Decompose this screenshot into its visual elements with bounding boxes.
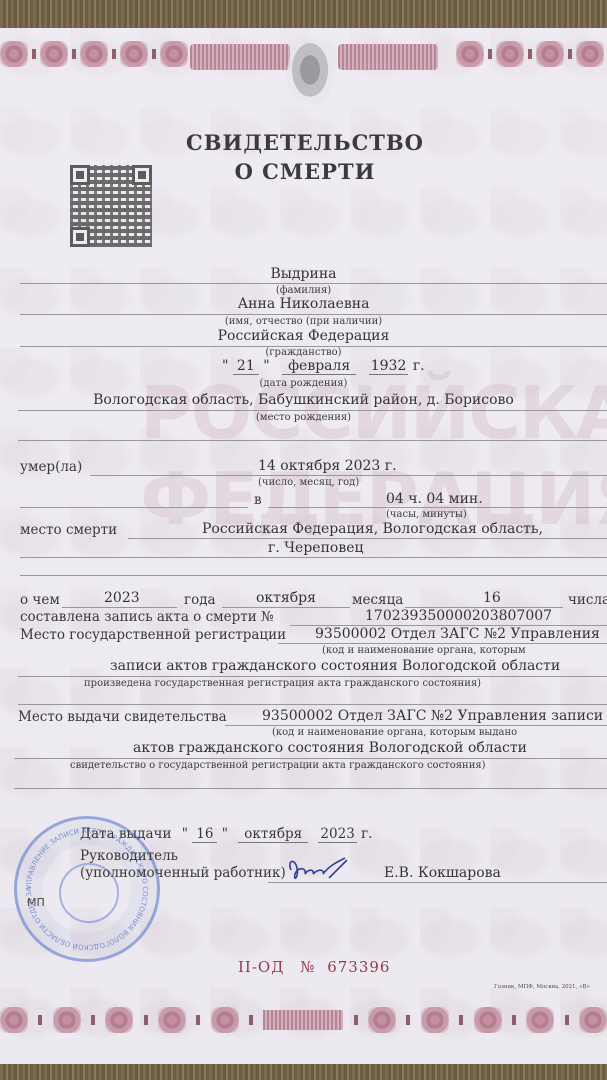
border-link bbox=[488, 49, 492, 59]
qr-code-icon bbox=[70, 165, 152, 247]
rosette-ornament bbox=[456, 41, 484, 67]
divider bbox=[18, 440, 607, 441]
issue-month-value: октября bbox=[238, 826, 308, 843]
issue-day-value: 16 bbox=[192, 826, 217, 843]
year-label: года bbox=[184, 592, 216, 608]
rosette-ornament bbox=[368, 1007, 396, 1033]
quote-open: " bbox=[222, 358, 228, 374]
issue-place-label: Место выдачи свидетельства bbox=[18, 709, 227, 725]
divider bbox=[20, 283, 607, 284]
title-line-2: О СМЕРТИ bbox=[180, 157, 430, 186]
death-date-value: 14 октября 2023 г. bbox=[258, 458, 397, 474]
registration-place-label: Место государственной регистрации bbox=[20, 627, 286, 643]
border-link bbox=[32, 49, 36, 59]
surname-value: Выдрина bbox=[0, 266, 607, 282]
border-link bbox=[249, 1015, 253, 1025]
record-day-value: 16 bbox=[483, 590, 501, 606]
birth-day-value: 21 bbox=[233, 358, 259, 375]
death-place-line-1: Российская Федерация, Вологодская област… bbox=[202, 521, 543, 537]
rosette-ornament bbox=[526, 1007, 554, 1033]
rosette-ornament bbox=[160, 41, 188, 67]
divider bbox=[14, 758, 607, 759]
record-month-value: октября bbox=[256, 590, 316, 606]
record-number-value: 170239350000203807007 bbox=[365, 608, 552, 624]
citizenship-value: Российская Федерация bbox=[0, 328, 607, 344]
printer-imprint: Гознак, МПФ, Москва, 2021, «В» bbox=[494, 984, 590, 990]
authorized-label: (уполномоченный работник) bbox=[80, 865, 286, 881]
year-suffix: г. bbox=[361, 826, 372, 842]
given-names-caption: (имя, отчество (при наличии) bbox=[0, 316, 607, 327]
divider bbox=[14, 788, 607, 789]
rosette-ornament bbox=[536, 41, 564, 67]
border-link bbox=[406, 1015, 410, 1025]
registration-place-line-2: записи актов гражданского состояния Воло… bbox=[110, 658, 560, 674]
registration-place-caption-1: (код и наименование органа, которым bbox=[322, 645, 526, 656]
surname-caption: (фамилия) bbox=[0, 285, 607, 296]
record-number-label: составлена запись акта о смерти № bbox=[20, 609, 274, 625]
border-link bbox=[565, 1015, 569, 1025]
rosette-ornament bbox=[421, 1007, 449, 1033]
divider bbox=[20, 507, 248, 508]
death-date-caption: (число, месяц, год) bbox=[258, 477, 359, 488]
quote-close: " bbox=[222, 826, 228, 842]
divider bbox=[20, 575, 607, 576]
number-sign: № bbox=[300, 958, 315, 976]
divider bbox=[278, 643, 607, 644]
birth-date-row: " 21 " февраля 1932 г. bbox=[222, 358, 425, 375]
border-link bbox=[528, 49, 532, 59]
border-link bbox=[512, 1015, 516, 1025]
divider bbox=[225, 725, 607, 726]
official-name: Е.В. Кокшарова bbox=[384, 865, 501, 881]
divider bbox=[18, 676, 607, 677]
ribbon-ornament-right bbox=[338, 44, 438, 70]
death-place-line-2: г. Череповец bbox=[268, 540, 364, 556]
rosette-ornament bbox=[80, 41, 108, 67]
title-line-1: СВИДЕТЕЛЬСТВО bbox=[180, 128, 430, 157]
border-link bbox=[152, 49, 156, 59]
bottom-ornamental-border bbox=[0, 1006, 607, 1034]
birth-place-value: Вологодская область, Бабушкинский район,… bbox=[0, 392, 607, 408]
divider bbox=[128, 538, 607, 539]
issue-place-line-1: 93500002 Отдел ЗАГС №2 Управления записи bbox=[262, 708, 603, 724]
quote-open: " bbox=[182, 826, 188, 842]
birth-month-value: февраля bbox=[282, 358, 356, 375]
about-label: о чем bbox=[20, 592, 60, 608]
rosette-ornament bbox=[0, 1007, 28, 1033]
issue-year-value: 2023 bbox=[318, 826, 356, 843]
quote-close: " bbox=[263, 358, 269, 374]
rosette-ornament bbox=[496, 41, 524, 67]
given-names-value: Анна Николаевна bbox=[0, 296, 607, 312]
border-link bbox=[354, 1015, 358, 1025]
birth-date-caption: (дата рождения) bbox=[0, 378, 607, 389]
border-link bbox=[568, 49, 572, 59]
divider bbox=[90, 475, 607, 476]
divider bbox=[222, 607, 350, 608]
border-link bbox=[38, 1015, 42, 1025]
issue-date-label: Дата выдачи bbox=[80, 826, 171, 842]
document-title: СВИДЕТЕЛЬСТВО О СМЕРТИ bbox=[180, 128, 430, 186]
year-suffix: г. bbox=[413, 358, 425, 374]
divider bbox=[20, 314, 607, 315]
border-link bbox=[91, 1015, 95, 1025]
serial-series: II-ОД bbox=[238, 958, 284, 976]
rosette-ornament bbox=[40, 41, 68, 67]
death-time-value: 04 ч. 04 мин. bbox=[386, 491, 483, 507]
qr-finder-pattern bbox=[70, 227, 90, 247]
birth-year-value: 1932 bbox=[369, 358, 409, 375]
border-link bbox=[144, 1015, 148, 1025]
rosette-ornament bbox=[53, 1007, 81, 1033]
border-link bbox=[72, 49, 76, 59]
divider bbox=[268, 507, 607, 508]
rosette-ornament bbox=[576, 41, 604, 67]
ribbon-ornament-left bbox=[190, 44, 290, 70]
rosette-ornament bbox=[211, 1007, 239, 1033]
rosette-ornament bbox=[120, 41, 148, 67]
citizenship-caption: (гражданство) bbox=[0, 347, 607, 358]
divider bbox=[62, 607, 177, 608]
rosette-ornament bbox=[579, 1007, 607, 1033]
rosette-ornament bbox=[474, 1007, 502, 1033]
state-emblem-icon bbox=[287, 42, 333, 104]
border-link bbox=[459, 1015, 463, 1025]
birth-place-caption: (место рождения) bbox=[0, 412, 607, 423]
day-label: числа bbox=[568, 592, 607, 608]
seal-place-label: МП bbox=[27, 896, 45, 909]
divider bbox=[268, 882, 607, 883]
at-label: в bbox=[254, 492, 262, 508]
month-label: месяца bbox=[352, 592, 403, 608]
rosette-ornament bbox=[0, 41, 28, 67]
record-year-value: 2023 bbox=[104, 590, 140, 606]
divider bbox=[18, 410, 607, 411]
death-place-label: место смерти bbox=[20, 522, 117, 538]
died-label: умер(ла) bbox=[20, 459, 82, 475]
issue-place-caption-1: (код и наименование органа, которым выда… bbox=[272, 727, 517, 738]
issue-place-caption-2: свидетельство о государственной регистра… bbox=[70, 760, 486, 771]
border-link bbox=[112, 49, 116, 59]
divider bbox=[18, 704, 607, 705]
registration-place-line-1: 93500002 Отдел ЗАГС №2 Управления bbox=[315, 626, 600, 642]
rosette-ornament bbox=[158, 1007, 186, 1033]
death-time-caption: (часы, минуты) bbox=[386, 509, 467, 520]
issue-date-row: Дата выдачи " 16 " октября 2023 г. bbox=[80, 826, 372, 843]
serial-number-value: 673396 bbox=[327, 958, 390, 976]
serial-number: II-ОД № 673396 bbox=[238, 958, 390, 976]
border-panel bbox=[263, 1010, 343, 1030]
registration-place-caption-2: произведена государственная регистрация … bbox=[84, 678, 481, 689]
head-label: Руководитель bbox=[80, 848, 178, 864]
rosette-ornament bbox=[105, 1007, 133, 1033]
border-link bbox=[196, 1015, 200, 1025]
issue-place-line-2: актов гражданского состояния Вологодской… bbox=[133, 740, 527, 756]
divider bbox=[20, 557, 607, 558]
